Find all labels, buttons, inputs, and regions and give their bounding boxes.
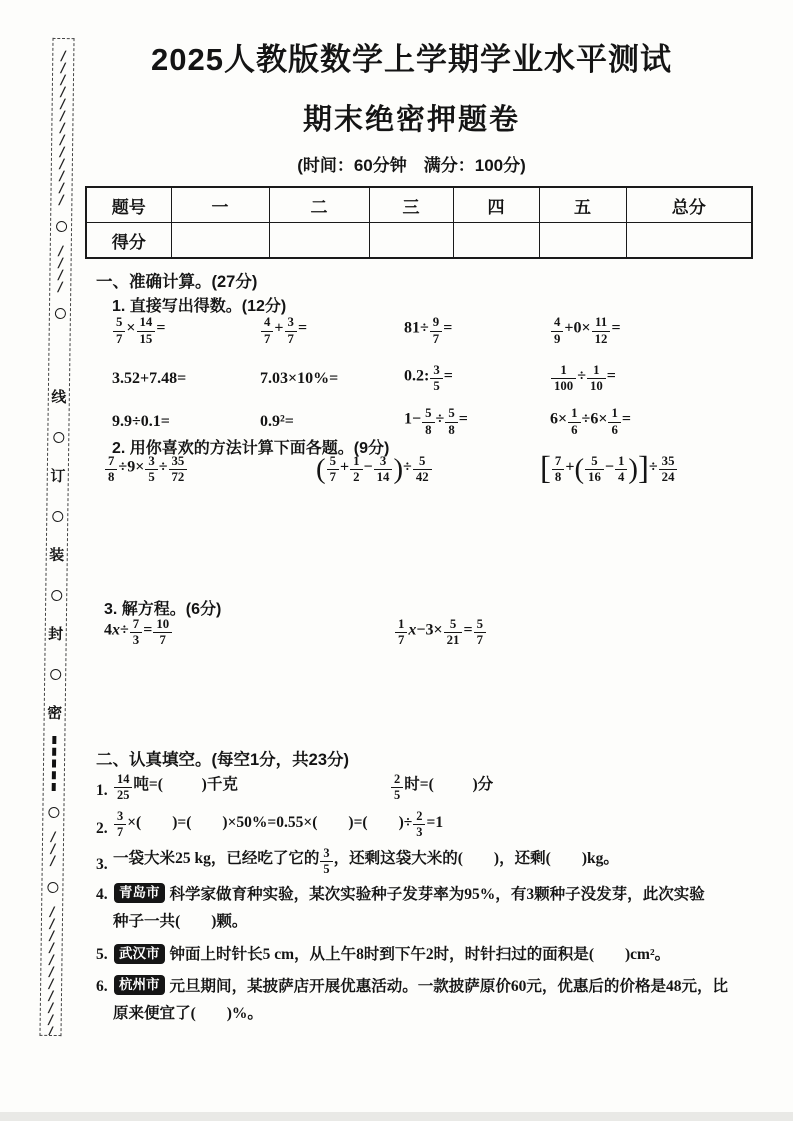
fraction: 57 bbox=[327, 455, 339, 485]
score-table-header-cell: 二 bbox=[269, 187, 369, 223]
binding-strip-char: 封 bbox=[48, 627, 63, 643]
math-expression: 1100÷110= bbox=[550, 364, 760, 394]
fraction: 35 bbox=[430, 364, 442, 394]
math-expression: 1−58÷58= bbox=[404, 407, 550, 437]
math-equation: 4x÷73=107 bbox=[104, 618, 394, 648]
score-table-header-cell: 题号 bbox=[86, 187, 171, 223]
fraction: 37 bbox=[285, 316, 297, 346]
fraction: 47 bbox=[261, 316, 273, 346]
fill-in-blanks-list: 1. 1425吨=( )千克 25时=( )分 2. 37×( )=( )×50… bbox=[96, 772, 760, 1027]
fraction: 17 bbox=[395, 618, 407, 648]
scan-edge-shadow bbox=[0, 1112, 793, 1121]
fraction: 58 bbox=[445, 407, 457, 437]
math-expression: (57+12−314)÷542 bbox=[316, 455, 540, 485]
exam-title: 2025人教版数学上学期学业水平测试 bbox=[60, 34, 763, 79]
math-expression: 7.03×10%= bbox=[260, 370, 404, 388]
binding-strip-char: 线 bbox=[51, 390, 66, 406]
fraction: 14 bbox=[615, 455, 627, 485]
binding-strip-char: 密 bbox=[47, 706, 62, 722]
score-table-header-row: 题号 一 二 三 四 五 总分 bbox=[86, 187, 752, 223]
fill-blank-text: 37×( )=( )×50%=0.55×( )=( )÷23=1 bbox=[113, 814, 443, 831]
math-expression: 0.9²= bbox=[260, 413, 404, 431]
math-row: 57×1415= 47+37= 81÷97= 49+0×1112= bbox=[112, 306, 760, 356]
computation-problems-row: 78÷9×35÷3572 (57+12−314)÷542 [78+(516−14… bbox=[104, 455, 764, 485]
score-cell bbox=[171, 223, 269, 259]
fraction: 78 bbox=[552, 455, 564, 485]
item-number: 3. bbox=[96, 852, 108, 879]
slash-mark: / bbox=[49, 856, 57, 868]
item-number: 4. bbox=[96, 882, 108, 909]
fraction: 1425 bbox=[114, 773, 132, 802]
circle-mark bbox=[53, 432, 64, 443]
circle-mark bbox=[54, 308, 65, 319]
score-table-header-cell: 三 bbox=[369, 187, 453, 223]
fraction: 314 bbox=[374, 455, 393, 485]
score-cell bbox=[269, 223, 369, 259]
circle-mark bbox=[51, 590, 62, 601]
score-table-header-cell: 四 bbox=[453, 187, 539, 223]
fill-blank-text: 钟面上时针长5 cm，从上午8时到下午2时，时针扫过的面积是( )cm²。 bbox=[170, 946, 671, 963]
fraction: 16 bbox=[568, 407, 580, 437]
fraction: 516 bbox=[585, 455, 604, 485]
math-expression: 47+37= bbox=[260, 316, 404, 346]
math-expression: 49+0×1112= bbox=[550, 316, 760, 346]
city-badge: 杭州市 bbox=[114, 975, 165, 995]
fraction: 25 bbox=[391, 773, 403, 802]
score-cell bbox=[369, 223, 453, 259]
slash-mark: / bbox=[47, 1027, 55, 1036]
fraction: 97 bbox=[430, 316, 442, 346]
fill-item: 3. 一袋大米25 kg，已经吃了它的35，还剩这袋大米的( )，还剩( )kg… bbox=[96, 846, 760, 876]
score-table-header-cell: 五 bbox=[539, 187, 626, 223]
fraction: 12 bbox=[350, 455, 362, 485]
section2-heading: 二、认真填空。(每空1分，共23分) bbox=[96, 746, 349, 770]
math-expression: 57×1415= bbox=[112, 316, 260, 346]
math-expression: 6×16÷6×16= bbox=[550, 407, 760, 437]
fraction: 3524 bbox=[659, 455, 678, 485]
score-row-label: 得分 bbox=[86, 223, 171, 259]
slash-mark: / bbox=[56, 282, 64, 294]
math-expression: 0.2:35= bbox=[404, 364, 550, 394]
score-cell bbox=[453, 223, 539, 259]
fraction: 3572 bbox=[169, 455, 188, 485]
score-table-header-cell: 一 bbox=[171, 187, 269, 223]
fraction: 1112 bbox=[592, 316, 611, 346]
fraction: 73 bbox=[130, 618, 142, 648]
fill-item: 1. 1425吨=( )千克 25时=( )分 bbox=[96, 772, 760, 802]
fraction: 57 bbox=[474, 618, 486, 648]
fraction: 521 bbox=[444, 618, 463, 648]
fill-blank-text: 一袋大米25 kg，已经吃了它的35，还剩这袋大米的( )，还剩( )kg。 bbox=[113, 850, 619, 867]
fill-item: 4. 青岛市科学家做育种实验，某次实验种子发芽率为95%，有3颗种子没发芽，此次… bbox=[96, 882, 760, 935]
item-number: 2. bbox=[96, 816, 108, 843]
fraction: 57 bbox=[113, 316, 125, 346]
math-expression: [78+(516−14)]÷3524 bbox=[540, 455, 764, 485]
fraction: 35 bbox=[320, 847, 332, 876]
fill-blank-text: 1425吨=( )千克 bbox=[113, 772, 390, 802]
circle-mark bbox=[47, 882, 58, 893]
mental-math-grid: 57×1415= 47+37= 81÷97= 49+0×1112= 3.52+7… bbox=[112, 306, 760, 443]
item-number: 1. bbox=[96, 778, 108, 805]
fraction: 110 bbox=[587, 364, 606, 394]
fill-blank-text: 25时=( )分 bbox=[390, 772, 493, 802]
item-number: 5. bbox=[96, 942, 108, 969]
section1-heading: 一、准确计算。(27分) bbox=[96, 268, 257, 292]
math-expression: 78÷9×35÷3572 bbox=[104, 455, 316, 485]
dash-bar bbox=[52, 736, 57, 791]
circle-mark bbox=[55, 221, 66, 232]
score-table-header-cell: 总分 bbox=[626, 187, 752, 223]
section1-q3-label: 3. 解方程。(6分) bbox=[104, 596, 221, 619]
fill-item: 2. 37×( )=( )×50%=0.55×( )=( )÷23=1 bbox=[96, 810, 760, 840]
binding-strip-char: 订 bbox=[50, 469, 65, 485]
score-table-score-row: 得分 bbox=[86, 223, 752, 259]
city-badge: 武汉市 bbox=[114, 944, 165, 964]
circle-mark bbox=[52, 511, 63, 522]
fill-blank-text: 科学家做育种实验，某次实验种子发芽率为95%，有3颗种子没发芽，此次实验 种子一… bbox=[113, 886, 705, 930]
math-row: 3.52+7.48= 7.03×10%= 0.2:35= 1100÷110= bbox=[112, 356, 760, 401]
fill-item-content: 1425吨=( )千克 25时=( )分 bbox=[113, 772, 760, 802]
fraction: 1415 bbox=[137, 316, 156, 346]
exam-time-score-info: (时间：60分钟 满分：100分) bbox=[60, 151, 763, 176]
fill-item: 6. 杭州市元旦期间，某披萨店开展优惠活动。一款披萨原价60元，优惠后的价格是4… bbox=[96, 974, 760, 1027]
fraction: 107 bbox=[153, 618, 172, 648]
exam-paper-page: /////////////////线订装封密//////////////// 2… bbox=[0, 0, 793, 1121]
fill-item: 5. 武汉市钟面上时针长5 cm，从上午8时到下午2时，时针扫过的面积是( )c… bbox=[96, 942, 760, 969]
exam-subtitle: 期末绝密押题卷 bbox=[60, 97, 763, 138]
fraction: 49 bbox=[551, 316, 563, 346]
equations-row: 4x÷73=107 17x−3×521=57 bbox=[104, 618, 724, 648]
binding-strip-char: 装 bbox=[49, 548, 64, 564]
fraction: 58 bbox=[422, 407, 434, 437]
math-expression: 3.52+7.48= bbox=[112, 370, 260, 388]
score-table: 题号 一 二 三 四 五 总分 得分 bbox=[85, 186, 753, 259]
fraction: 35 bbox=[145, 455, 157, 485]
circle-mark bbox=[50, 669, 61, 680]
fraction: 78 bbox=[105, 455, 117, 485]
score-cell bbox=[539, 223, 626, 259]
math-expression: 9.9÷0.1= bbox=[112, 413, 260, 431]
city-badge: 青岛市 bbox=[114, 883, 165, 903]
fraction: 16 bbox=[608, 407, 620, 437]
math-equation: 17x−3×521=57 bbox=[394, 618, 487, 648]
fraction: 23 bbox=[413, 810, 425, 839]
slash-mark: / bbox=[57, 195, 65, 207]
fraction: 37 bbox=[114, 810, 126, 839]
fraction: 1100 bbox=[551, 364, 576, 394]
item-number: 6. bbox=[96, 974, 108, 1001]
fraction: 542 bbox=[413, 455, 432, 485]
circle-mark bbox=[48, 807, 59, 818]
math-expression: 81÷97= bbox=[404, 316, 550, 346]
binding-strip: /////////////////线订装封密//////////////// bbox=[39, 38, 74, 1036]
fill-blank-text: 元旦期间，某披萨店开展优惠活动。一款披萨原价60元，优惠后的价格是48元，比 原… bbox=[113, 978, 728, 1022]
